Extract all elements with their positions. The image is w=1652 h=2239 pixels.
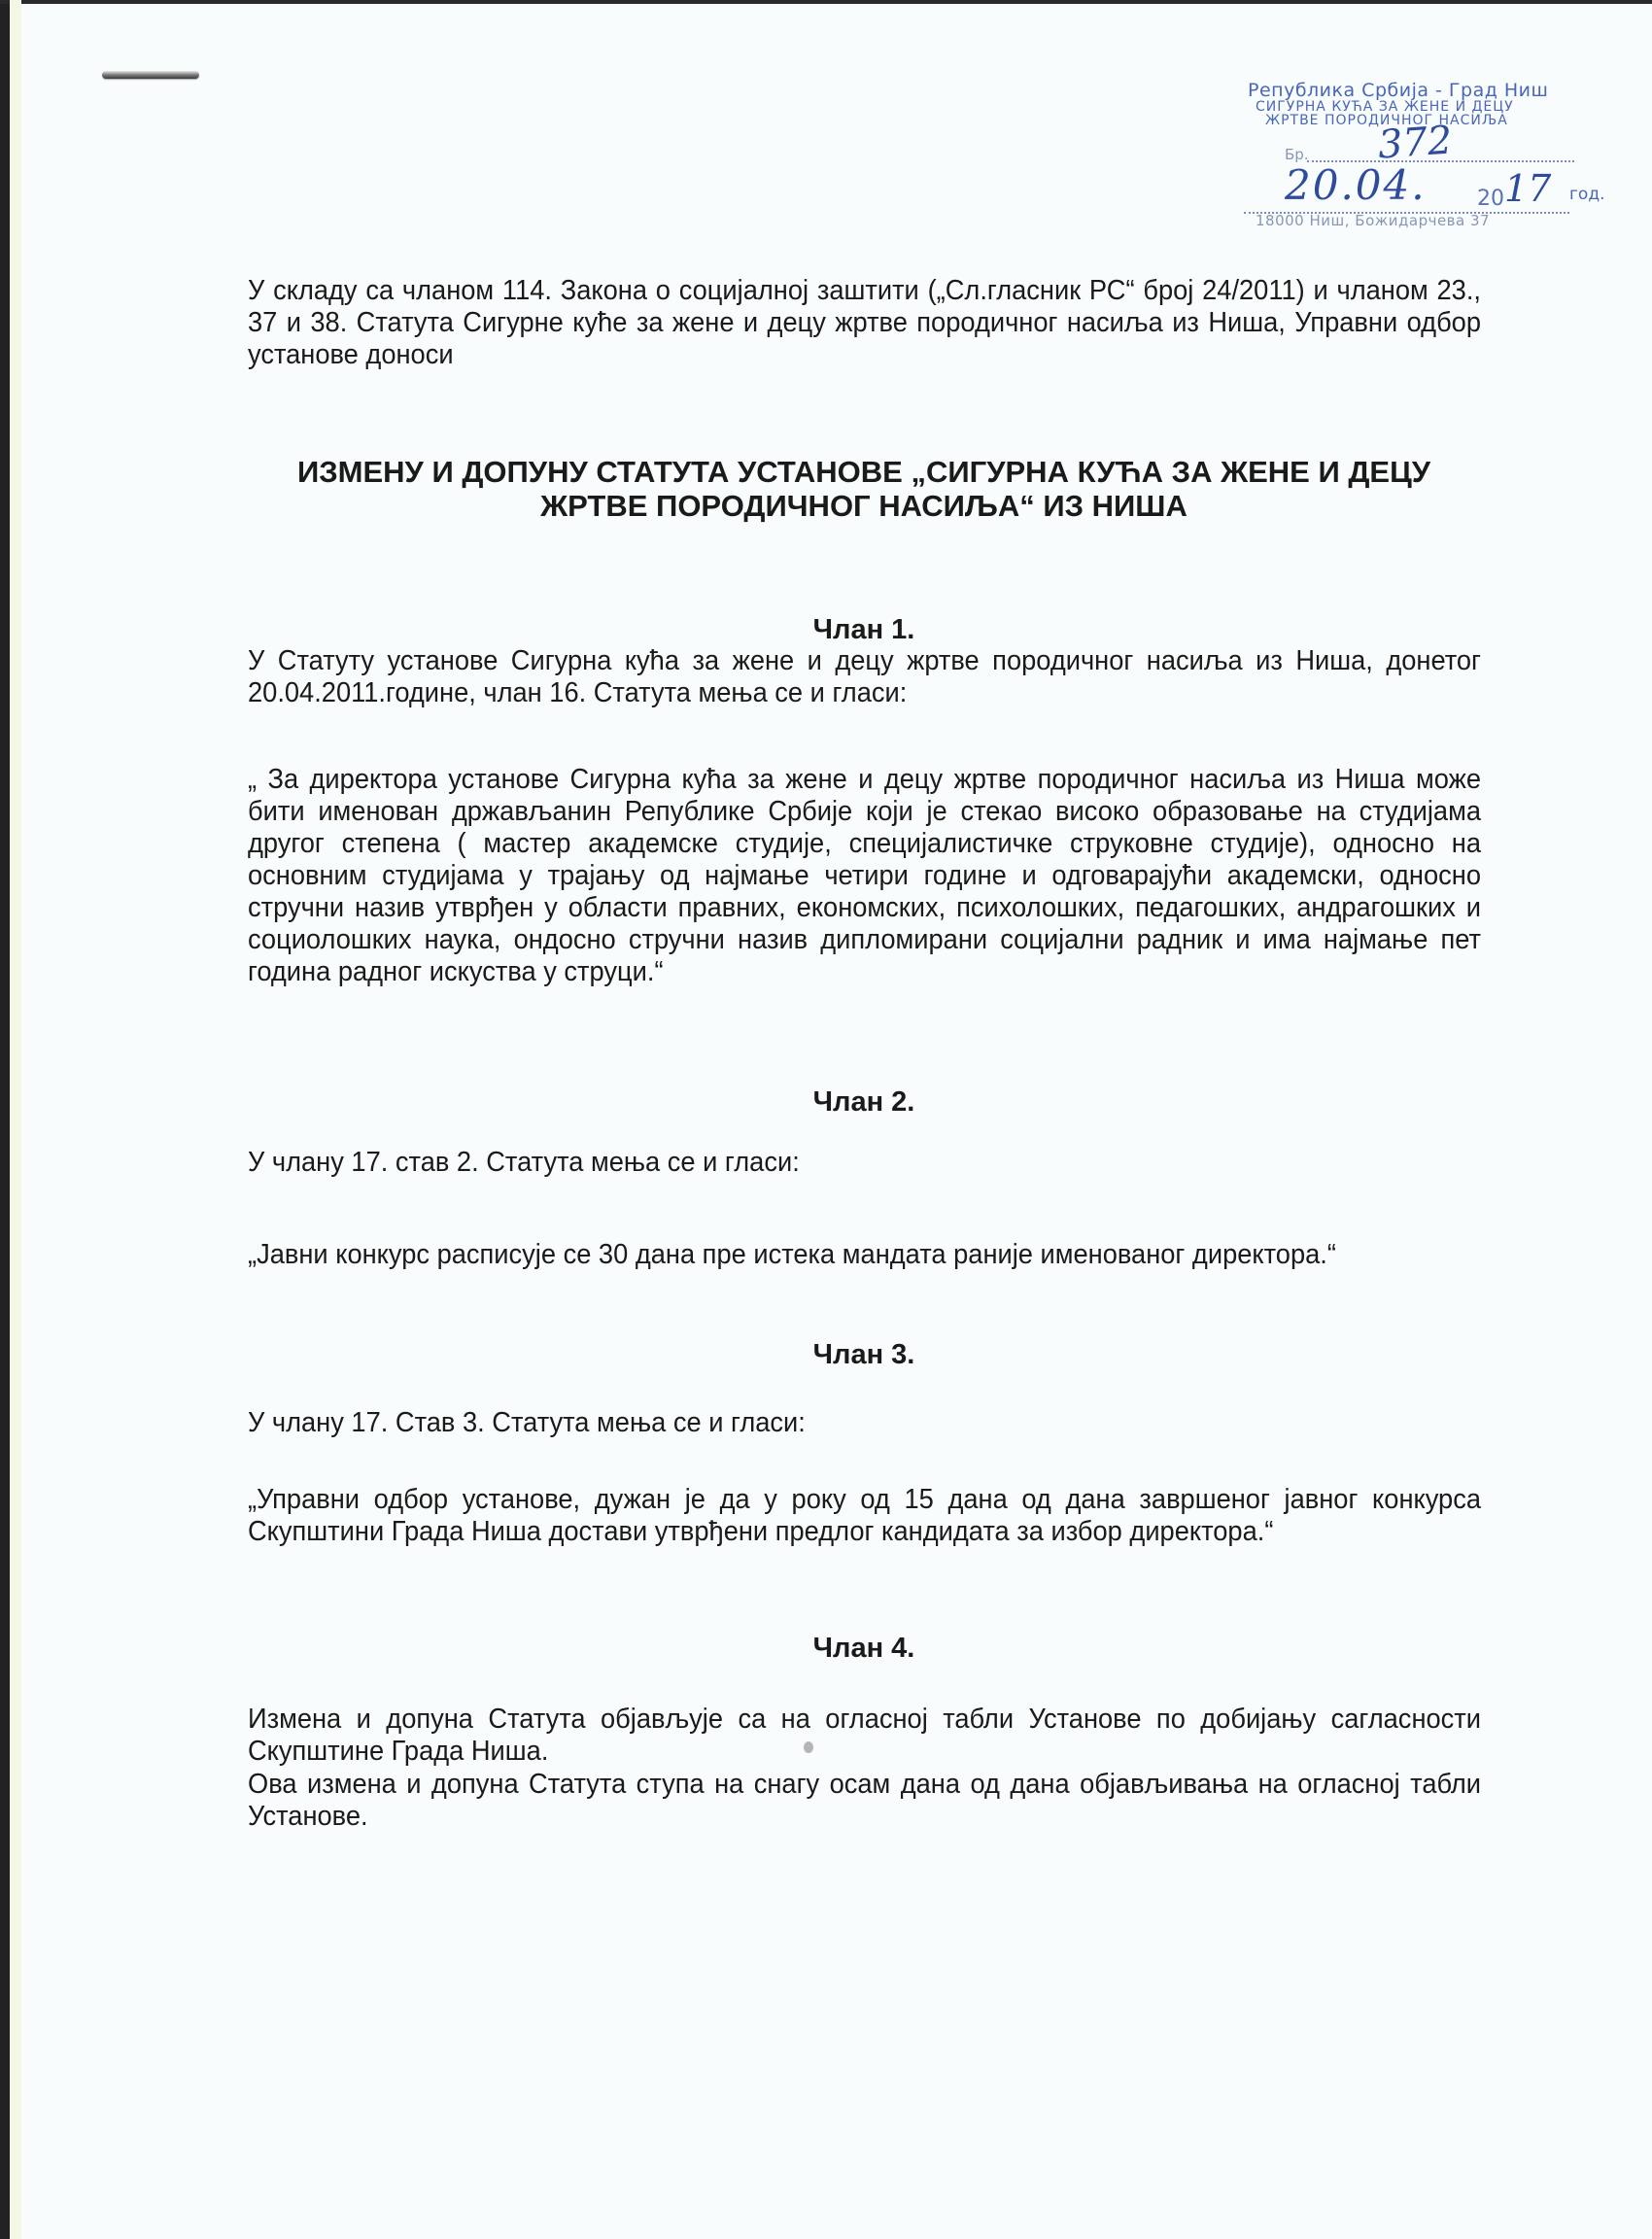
stamp-year-label: год.	[1569, 185, 1605, 204]
article-4-text-1: Измена и допуна Статута објављује са на …	[248, 1704, 1481, 1768]
stamp-address: 18000 Ниш, Божидарчева 37	[1256, 212, 1490, 229]
staple-mark	[102, 71, 199, 79]
stamp-date-handwritten: 20.04.	[1285, 161, 1427, 209]
article-2-title: Члан 2.	[248, 1086, 1480, 1119]
registry-stamp: Република Србија - Град Ниш СИГУРНА КУЋА…	[1234, 78, 1623, 224]
article-1-text-2: „ За директора установе Сигурна кућа за …	[248, 764, 1481, 988]
document-title: ИЗМЕНУ И ДОПУНУ СТАТУТА УСТАНОВЕ „СИГУРН…	[248, 455, 1480, 523]
scan-edge	[0, 0, 10, 2239]
article-4-para-2: Ова измена и допуна Статута ступа на сна…	[248, 1769, 1481, 1833]
stamp-year-handwritten: 17	[1504, 167, 1551, 210]
document-title-line2: ЖРТВЕ ПОРОДИЧНОГ НАСИЉА“ ИЗ НИША	[248, 489, 1480, 523]
scan-border-band	[10, 0, 21, 2239]
stamp-issuer: Република Србија - Град Ниш	[1248, 80, 1548, 101]
article-4-text-2: Ова измена и допуна Статута ступа на сна…	[248, 1769, 1481, 1833]
scan-speck	[804, 1741, 813, 1753]
article-4-para-1: Измена и допуна Статута објављује са на …	[248, 1704, 1481, 1768]
article-3-text-2: „Управни одбор установе, дужан је да у р…	[248, 1484, 1481, 1548]
article-1-para-2: „ За директора установе Сигурна кућа за …	[248, 764, 1481, 988]
stamp-number-handwritten: 372	[1376, 118, 1453, 167]
article-1-text-1: У Статуту установе Сигурна кућа за жене …	[248, 645, 1481, 709]
preamble-text: У складу са чланом 114. Закона о социјал…	[248, 275, 1481, 371]
article-2-text-2: „Јавни конкурс расписује се 30 дана пре …	[248, 1239, 1481, 1271]
article-2-para-2: „Јавни конкурс расписује се 30 дана пре …	[248, 1239, 1481, 1271]
document-title-line1: ИЗМЕНУ И ДОПУНУ СТАТУТА УСТАНОВЕ „СИГУРН…	[248, 455, 1480, 489]
article-3-text-1: У члану 17. Став 3. Статута мења се и гл…	[248, 1407, 1481, 1439]
article-2-text-1: У члану 17. став 2. Статута мења се и гл…	[248, 1147, 1481, 1179]
article-4-title: Члан 4.	[248, 1633, 1480, 1665]
article-2-para-1: У члану 17. став 2. Статута мења се и гл…	[248, 1147, 1481, 1179]
preamble: У складу са чланом 114. Закона о социјал…	[248, 275, 1481, 371]
article-3-title: Члан 3.	[248, 1339, 1480, 1371]
article-1-para-1: У Статуту установе Сигурна кућа за жене …	[248, 645, 1481, 709]
stamp-year-prefix: 20	[1477, 187, 1504, 211]
article-1-title: Члан 1.	[248, 614, 1480, 646]
article-3-para-2: „Управни одбор установе, дужан је да у р…	[248, 1484, 1481, 1548]
article-3-para-1: У члану 17. Став 3. Статута мења се и гл…	[248, 1407, 1481, 1439]
